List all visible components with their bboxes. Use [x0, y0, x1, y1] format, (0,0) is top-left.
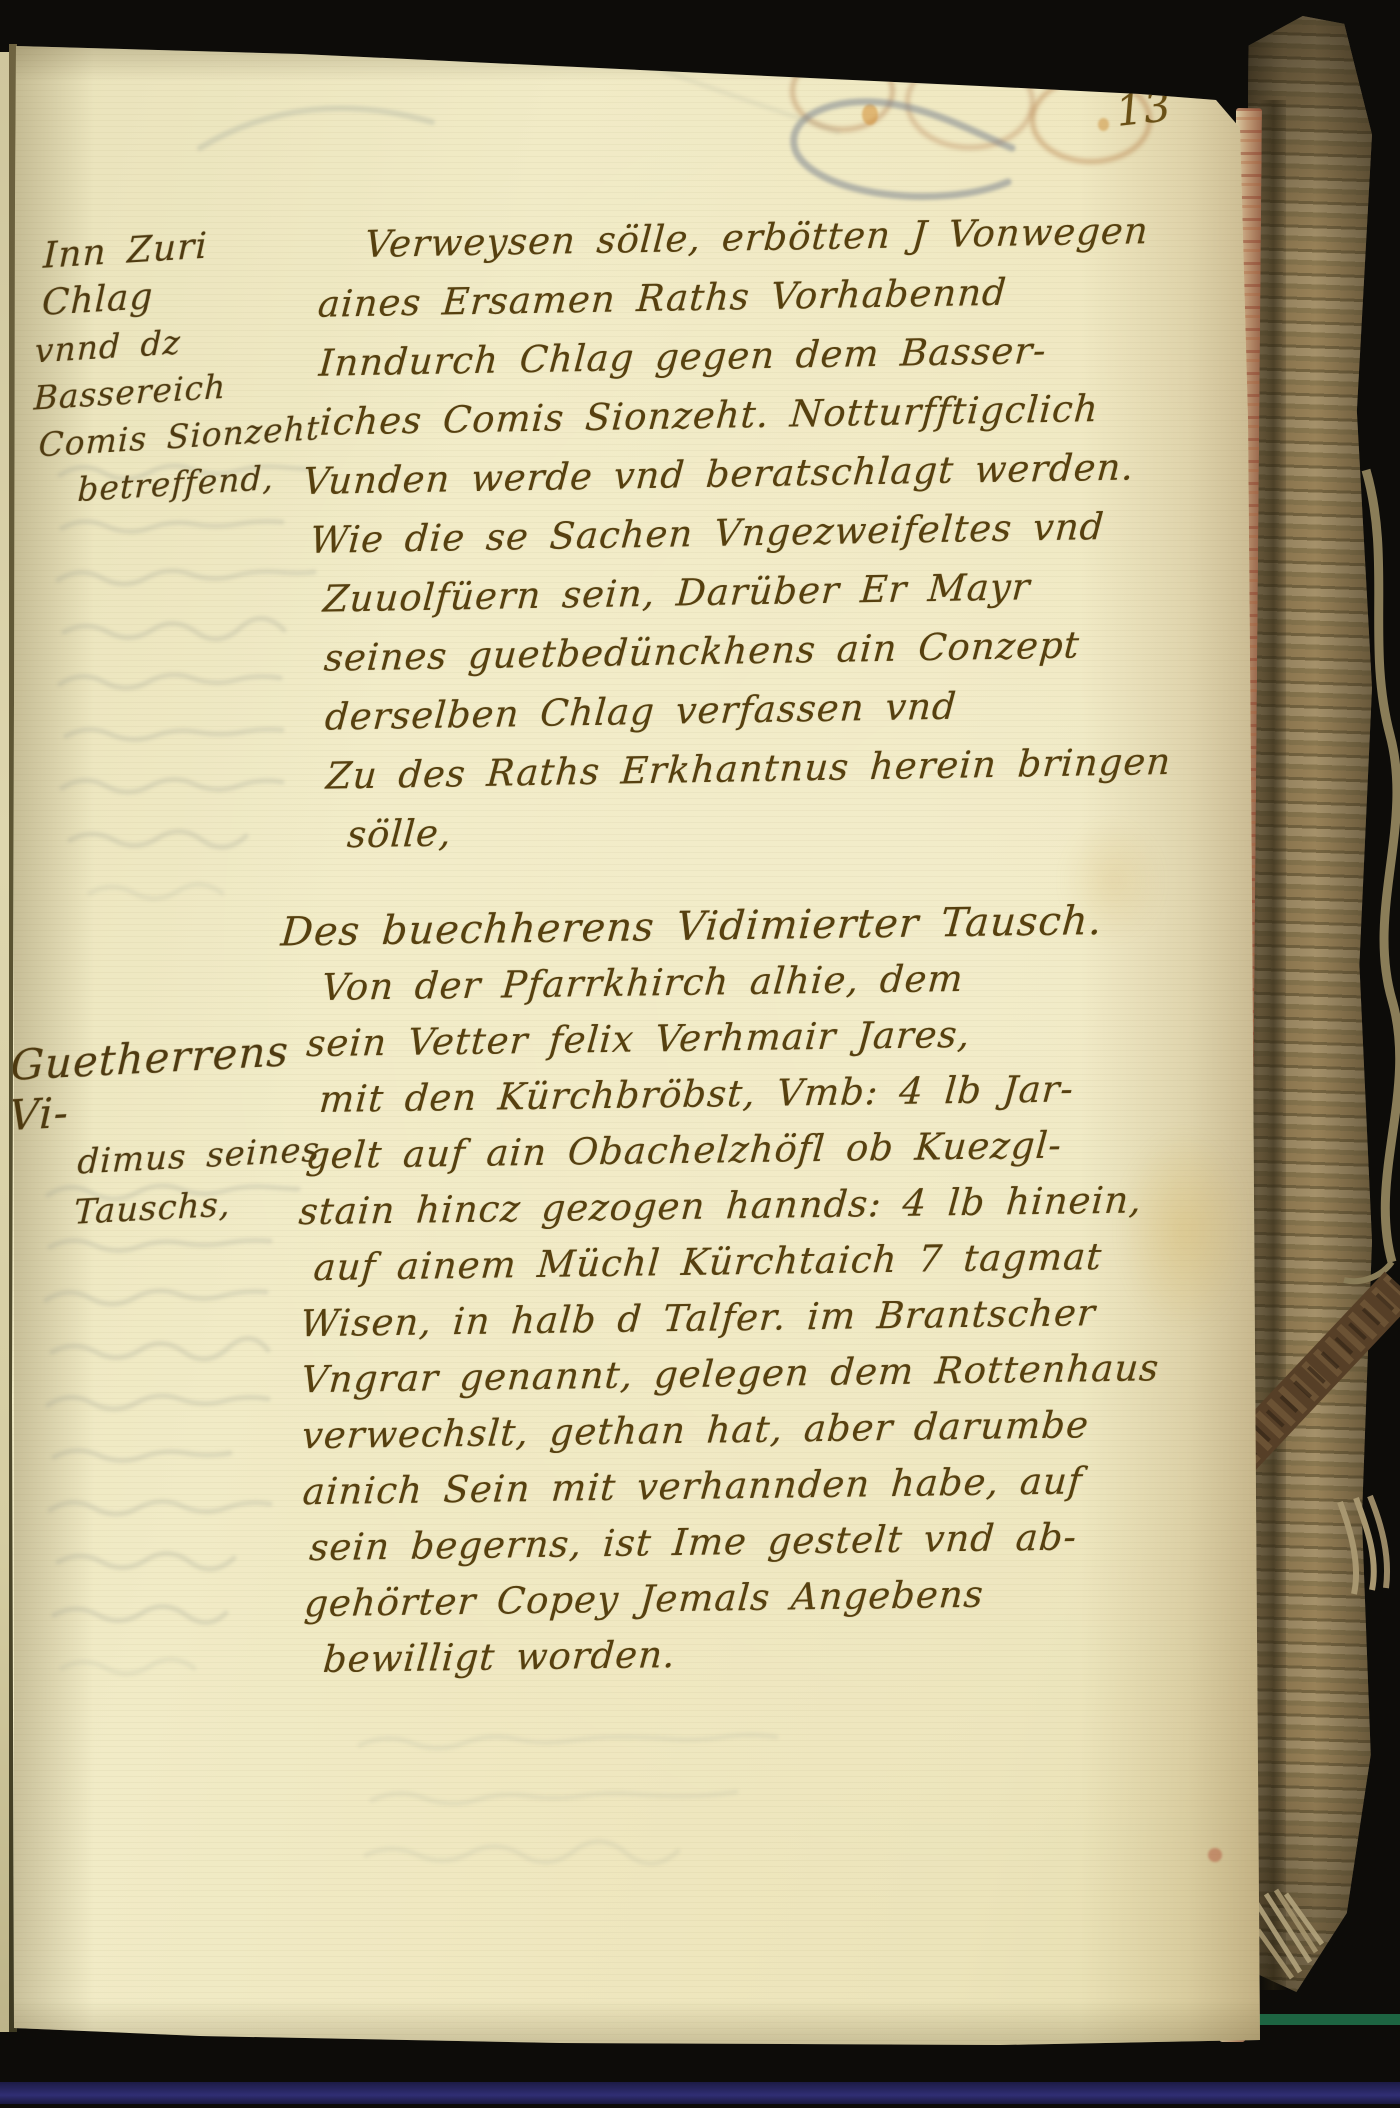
scan-bottom-strip: [0, 2082, 1400, 2104]
manuscript-photo: 13 Inn Zuri Chlag vnnd dz Bassereich Com…: [0, 0, 1400, 2108]
manuscript-page: 13 Inn Zuri Chlag vnnd dz Bassereich Com…: [0, 0, 1400, 2108]
body-paragraph-2: Des buechherens Vidimierter Tausch. Von …: [295, 892, 1206, 1688]
page-edge-crevice: [1258, 100, 1286, 1990]
body-paragraph-1: Verweysen sölle, erbötten J Vonwegen ain…: [316, 200, 1207, 864]
margin-note-line: Inn Zuri Chlag: [41, 215, 339, 327]
folio-number: 13: [1114, 81, 1174, 136]
leather-cord: [1366, 470, 1400, 1262]
previous-page-sliver: [0, 52, 9, 2032]
scan-color-line: [1252, 2014, 1400, 2025]
frayed-tie: [1370, 1496, 1387, 1588]
